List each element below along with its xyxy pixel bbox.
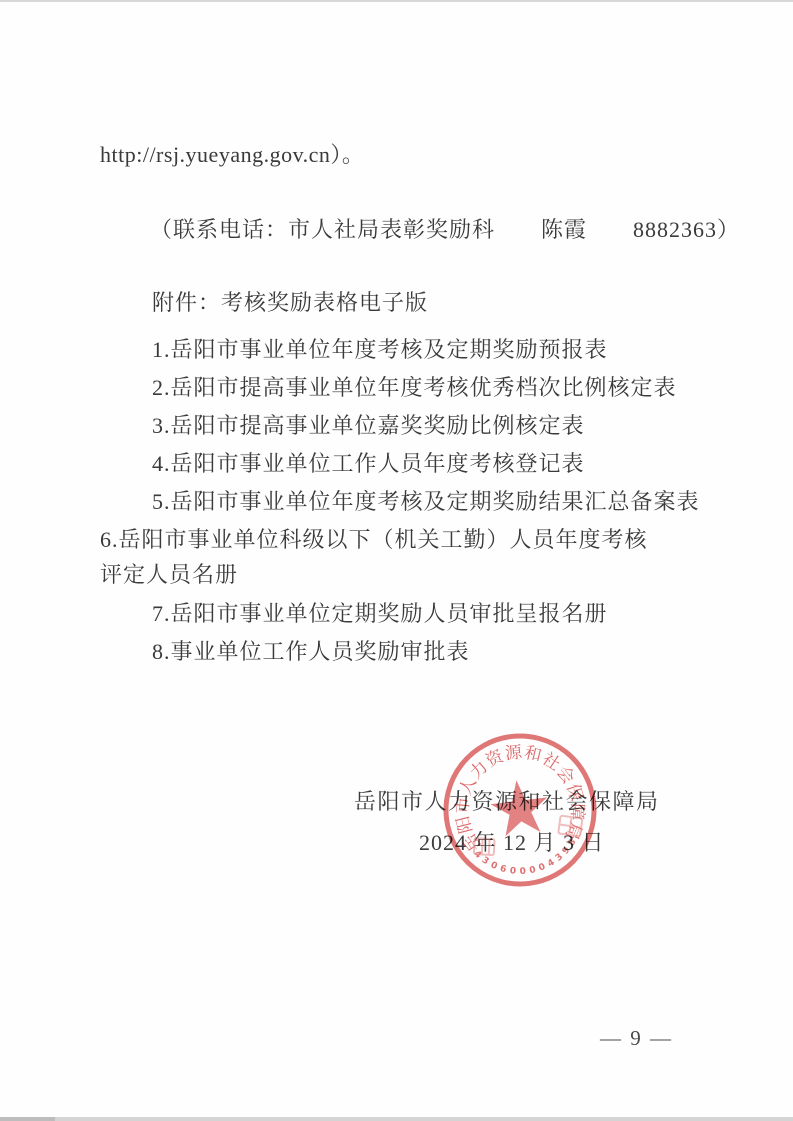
attachment-item-6: 6.岳阳市事业单位科级以下（机关工勤）人员年度考核 xyxy=(100,527,648,553)
attachment-item-6-continuation: 评定人员名册 xyxy=(100,562,238,588)
attachment-item-7: 7.岳阳市事业单位定期奖励人员审批呈报名册 xyxy=(152,601,608,627)
attachment-item-2: 2.岳阳市提高事业单位年度考核优秀档次比例核定表 xyxy=(152,375,677,401)
scan-bottom-edge xyxy=(0,1117,793,1121)
signature-organization: 岳阳市人力资源和社会保障局 xyxy=(354,785,660,816)
document-page: http://rsj.yueyang.gov.cn）。 （联系电话：市人社局表彰… xyxy=(0,0,793,1121)
contact-line: （联系电话：市人社局表彰奖励科 陈霞 8882363） xyxy=(150,217,740,243)
attachment-item-4: 4.岳阳市事业单位工作人员年度考核登记表 xyxy=(152,451,585,477)
attachment-item-3: 3.岳阳市提高事业单位嘉奖奖励比例核定表 xyxy=(152,413,585,439)
attachment-heading: 附件：考核奖励表格电子版 xyxy=(152,290,428,316)
page-number: — 9 — xyxy=(600,1026,673,1051)
attachment-item-1: 1.岳阳市事业单位年度考核及定期奖励预报表 xyxy=(152,337,608,363)
signature-date: 2024 年 12 月 3 日 xyxy=(419,826,605,857)
url-line: http://rsj.yueyang.gov.cn）。 xyxy=(100,142,364,168)
scan-bottom-corner xyxy=(0,1117,55,1121)
attachment-item-5: 5.岳阳市事业单位年度考核及定期奖励结果汇总备案表 xyxy=(152,489,700,515)
attachment-item-8: 8.事业单位工作人员奖励审批表 xyxy=(152,639,470,665)
scan-top-edge xyxy=(0,0,793,2)
